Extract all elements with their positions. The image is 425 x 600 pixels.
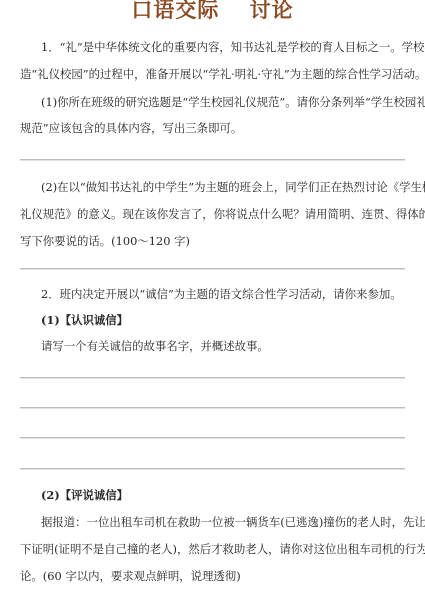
q2-part1-prompt: 请写一个有关诚信的故事名字，并概述故事。 (41, 338, 269, 354)
q1-part2-line-3: 写下你要说的话。(100～120 字) (20, 233, 190, 249)
q2-part2-line-1: 据报道：一位出租车司机在救助一位被一辆货车(已逃逸)撞伤的老人时，先让老人写 (41, 514, 425, 530)
answer-line-q2-part1-1[interactable] (20, 377, 405, 379)
q1-intro-line-2: 造“礼仪校园”的过程中，准备开展以“学礼·明礼·守礼”为主题的综合性学习活动。 (20, 66, 425, 82)
q1-part1-line-2: 规范”应该包含的具体内容，写出三条即可。 (20, 120, 242, 136)
q2-part2-line-2: 下证明(证明不是自己撞的老人)，然后才救助老人，请你对这位出租车司机的行为加以评 (20, 541, 425, 557)
q2-part2-heading: (2)【评说诚信】 (41, 487, 128, 503)
answer-line-q2-part1-3[interactable] (20, 437, 405, 439)
q2-intro: 2．班内决定开展以“诚信”为主题的语文综合性学习活动，请你来参加。 (41, 286, 402, 302)
q2-part1-heading: (1)【认识诚信】 (41, 312, 128, 328)
answer-line-q2-part1-2[interactable] (20, 407, 405, 409)
q1-part1-line-1: (1)你所在班级的研究选题是“学生校园礼仪规范”。请你分条列举“学生校园礼仪 (41, 94, 425, 110)
q2-part2-line-3: 论。(60 字以内，要求观点鲜明，说理透彻) (20, 568, 241, 584)
q1-part2-line-1: (2)在以“做知书达礼的中学生”为主题的班会上，同学们正在热烈讨论《学生校园 (41, 179, 425, 195)
answer-line-q2-part1-4[interactable] (20, 468, 405, 470)
page-title: 口语交际 讨论 (0, 0, 425, 24)
q1-part2-line-2: 礼仪规范》的意义。现在该你发言了，你将说点什么呢？请用简明、连贯、得体的语言 (20, 206, 425, 222)
answer-line-q1-part1[interactable] (20, 159, 405, 161)
q1-intro-line-1: 1．“礼”是中华体统文化的重要内容，知书达礼是学校的育人目标之一。学校在打 (41, 39, 425, 55)
answer-line-q1-part2[interactable] (20, 268, 405, 270)
